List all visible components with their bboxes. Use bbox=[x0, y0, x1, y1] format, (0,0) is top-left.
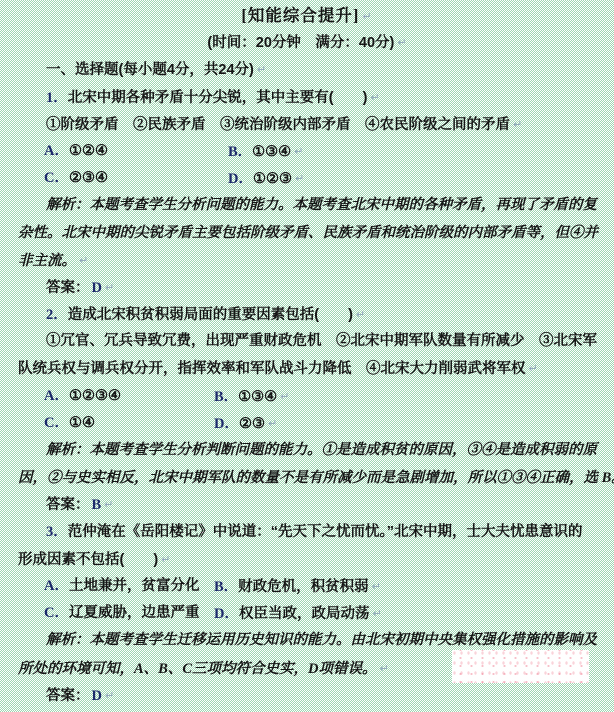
q3-stem-text: 范仲淹在《岳阳楼记》中说道：“先天下之忧而忧。”北宋中期，士大夫忧患意识的 bbox=[68, 524, 583, 540]
q2-option-d: D．②③↵ bbox=[214, 410, 277, 437]
paragraph-mark: ↵ bbox=[257, 63, 266, 76]
q1-options-row-2: C．②③④ D．①②③↵ bbox=[18, 165, 596, 192]
q3-analysis-text: 所处的环境可知，A、B、C三项均符合史实，D项错误。 bbox=[18, 661, 376, 677]
q1-option-c: C．②③④ bbox=[44, 165, 228, 192]
q2-stem: 2．造成北宋积贫积弱局面的重要因素包括( )↵ bbox=[18, 301, 596, 328]
q1-option-d-letter: D． bbox=[228, 171, 253, 187]
q1-items: ①阶级矛盾 ②民族矛盾 ③统治阶级内部矛盾 ④农民阶级之间的矛盾↵ bbox=[18, 111, 596, 138]
q1-answer-label: 答案： bbox=[46, 280, 90, 296]
exam-meta: (时间：20分钟 满分：40分)↵ bbox=[18, 29, 596, 56]
q3-option-c: C．辽夏威胁，边患严重 bbox=[44, 600, 214, 627]
paragraph-mark: ↵ bbox=[513, 118, 522, 131]
q2-option-d-text: ②③ bbox=[239, 416, 265, 432]
paragraph-mark: ↵ bbox=[104, 498, 113, 511]
paragraph-mark: ↵ bbox=[161, 553, 170, 566]
q1-stem: 1．北宋中期各种矛盾十分尖锐，其中主要有( )↵ bbox=[18, 84, 596, 111]
q2-option-c-text: ①④ bbox=[69, 415, 95, 431]
page-title-text: [知能综合提升] bbox=[241, 6, 359, 25]
q2-answer: 答案：B↵ bbox=[18, 491, 596, 518]
q1-number: 1． bbox=[46, 90, 68, 106]
q2-analysis-line: 因，②与史实相反，北宋中期军队的数量不是有所减少而是急剧增加，所以①③④正确，选… bbox=[18, 464, 596, 491]
q2-options-row-2: C．①④ D．②③↵ bbox=[18, 410, 596, 437]
paragraph-mark: ↵ bbox=[372, 580, 381, 593]
q2-options-row-1: A．①②③④ B．①③④↵ bbox=[18, 383, 596, 410]
paragraph-mark: ↵ bbox=[372, 607, 381, 620]
q3-option-d-text: 权臣当政，政局动荡 bbox=[239, 606, 370, 622]
paragraph-mark: ↵ bbox=[294, 145, 303, 158]
q2-option-d-letter: D． bbox=[214, 416, 239, 432]
q2-option-b-letter: B． bbox=[214, 389, 238, 405]
q3-options-row-2: C．辽夏威胁，边患严重 D．权臣当政，政局动荡↵ bbox=[18, 600, 596, 627]
q3-option-a-text: 土地兼并，贫富分化 bbox=[69, 578, 200, 594]
q3-option-a-letter: A． bbox=[44, 578, 69, 594]
section-header-text: 一、选择题(每小题4分，共24分) bbox=[46, 62, 254, 78]
q2-analysis-text: 因，②与史实相反，北宋中期军队的数量不是有所减少而是急剧增加，所以①③④正确，选… bbox=[18, 470, 614, 486]
q1-analysis-text: 非主流。 bbox=[18, 253, 76, 269]
q1-option-c-text: ②③④ bbox=[69, 170, 108, 186]
q3-answer-letter: D bbox=[92, 688, 102, 704]
q1-option-a-letter: A． bbox=[44, 143, 69, 159]
q3-answer-label: 答案： bbox=[46, 688, 90, 704]
paragraph-mark: ↵ bbox=[379, 662, 388, 675]
q1-option-b-letter: B． bbox=[228, 144, 252, 160]
q3-stem-line: 形成因素不包括( )↵ bbox=[18, 546, 596, 573]
q2-option-a-letter: A． bbox=[44, 388, 69, 404]
q2-option-b: B．①③④↵ bbox=[214, 383, 289, 410]
paragraph-mark: ↵ bbox=[105, 281, 114, 294]
q1-option-a: A．①②④ bbox=[44, 138, 228, 165]
q1-answer: 答案：D↵ bbox=[18, 274, 596, 301]
q1-option-c-letter: C． bbox=[44, 170, 69, 186]
q2-stem-text: 造成北宋积贫积弱局面的重要因素包括( ) bbox=[68, 307, 353, 323]
paragraph-mark: ↵ bbox=[529, 362, 538, 375]
q3-option-d: D．权臣当政，政局动荡↵ bbox=[214, 600, 382, 627]
q1-analysis-line: 杂性。北宋中期的尖锐矛盾主要包括阶级矛盾、民族矛盾和统治阶级的内部矛盾等，但④并 bbox=[18, 220, 596, 247]
paragraph-mark: ↵ bbox=[295, 172, 304, 185]
paragraph-mark: ↵ bbox=[105, 689, 114, 702]
q3-option-a: A．土地兼并，贫富分化 bbox=[44, 573, 214, 600]
q3-option-b-letter: B． bbox=[214, 579, 238, 595]
q1-items-text: ①阶级矛盾 ②民族矛盾 ③统治阶级内部矛盾 ④农民阶级之间的矛盾 bbox=[46, 117, 510, 133]
q2-number: 2． bbox=[46, 307, 68, 323]
q3-option-b-text: 财政危机，积贫积弱 bbox=[238, 579, 369, 595]
q3-option-b: B．财政危机，积贫积弱↵ bbox=[214, 573, 381, 600]
q1-option-d: D．①②③↵ bbox=[228, 165, 304, 192]
worksheet-page: [知能综合提升]↵ (时间：20分钟 满分：40分)↵ 一、选择题(每小题4分，… bbox=[0, 0, 614, 709]
q3-stem-line: 3．范仲淹在《岳阳楼记》中说道：“先天下之忧而忧。”北宋中期，士大夫忧患意识的 bbox=[18, 519, 596, 546]
q1-stem-text: 北宋中期各种矛盾十分尖锐，其中主要有( ) bbox=[68, 90, 368, 106]
q1-analysis-line: 非主流。↵ bbox=[18, 247, 596, 274]
q2-option-b-text: ①③④ bbox=[238, 389, 277, 405]
q2-option-a-text: ①②③④ bbox=[69, 388, 121, 404]
q1-options-row-1: A．①②④ B．①③④↵ bbox=[18, 138, 596, 165]
q2-answer-letter: B bbox=[92, 497, 102, 513]
q2-answer-label: 答案： bbox=[46, 497, 90, 513]
paragraph-mark: ↵ bbox=[370, 91, 379, 104]
q2-option-c-letter: C． bbox=[44, 415, 69, 431]
q1-analysis-line: 解析：本题考查学生分析问题的能力。本题考查北宋中期的各种矛盾，再现了矛盾的复 bbox=[18, 192, 596, 219]
q1-option-a-text: ①②④ bbox=[69, 143, 108, 159]
paragraph-mark: ↵ bbox=[79, 254, 88, 267]
q2-option-a: A．①②③④ bbox=[44, 383, 214, 410]
q1-option-b-text: ①③④ bbox=[252, 144, 291, 160]
q1-option-b: B．①③④↵ bbox=[228, 138, 303, 165]
q1-option-d-text: ①②③ bbox=[253, 171, 292, 187]
paragraph-mark: ↵ bbox=[397, 36, 406, 49]
paragraph-mark: ↵ bbox=[268, 417, 277, 430]
q3-option-c-letter: C． bbox=[44, 605, 69, 621]
q2-items-line: 队统兵权与调兵权分开，指挥效率和军队战斗力降低 ④北宋大力削弱武将军权↵ bbox=[18, 355, 596, 382]
paragraph-mark: ↵ bbox=[356, 308, 365, 321]
page-title: [知能综合提升]↵ bbox=[18, 2, 596, 29]
q2-analysis-line: 解析：本题考查学生分析判断问题的能力。①是造成积贫的原因，③④是造成积弱的原 bbox=[18, 437, 596, 464]
q1-answer-letter: D bbox=[92, 280, 102, 296]
q2-items-line: ①冗官、冗兵导致冗费，出现严重财政危机 ②北宋中期军队数量有所减少 ③北宋军 bbox=[18, 328, 596, 355]
q3-options-row-1: A．土地兼并，贫富分化 B．财政危机，积贫积弱↵ bbox=[18, 573, 596, 600]
paragraph-mark: ↵ bbox=[362, 10, 372, 23]
watermark-box bbox=[452, 650, 589, 683]
q3-option-c-text: 辽夏威胁，边患严重 bbox=[69, 605, 200, 621]
q3-number: 3． bbox=[46, 524, 68, 540]
paragraph-mark: ↵ bbox=[280, 390, 289, 403]
q3-stem-text-2: 形成因素不包括( ) bbox=[18, 552, 158, 568]
q2-option-c: C．①④ bbox=[44, 410, 214, 437]
q3-option-d-letter: D． bbox=[214, 606, 239, 622]
q3-answer: 答案：D↵ bbox=[18, 682, 596, 709]
exam-meta-text: (时间：20分钟 满分：40分) bbox=[207, 35, 394, 51]
q2-items-text: 队统兵权与调兵权分开，指挥效率和军队战斗力降低 ④北宋大力削弱武将军权 bbox=[18, 361, 526, 377]
section-header: 一、选择题(每小题4分，共24分)↵ bbox=[18, 56, 596, 83]
